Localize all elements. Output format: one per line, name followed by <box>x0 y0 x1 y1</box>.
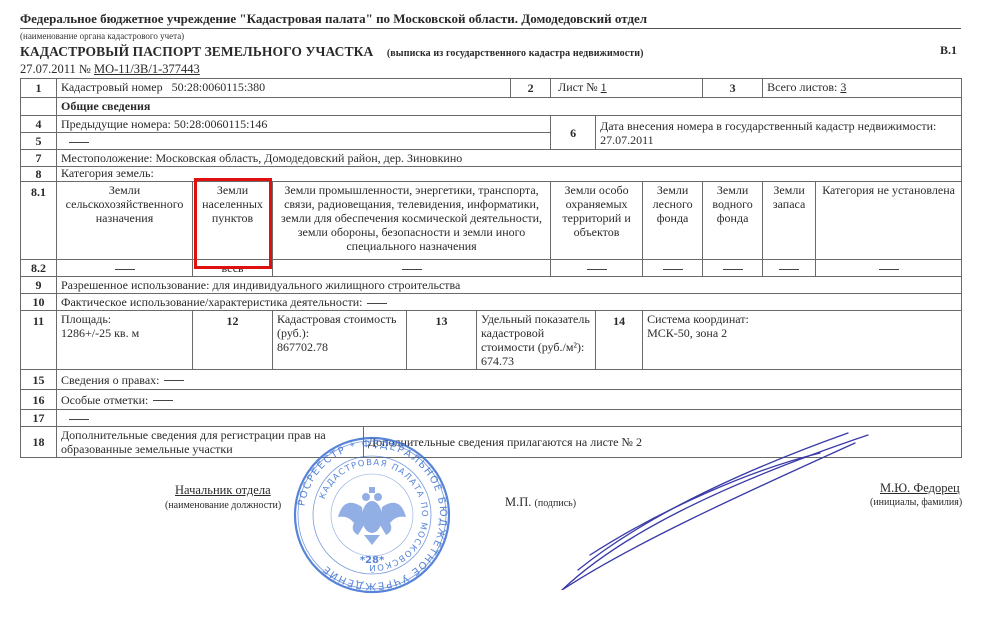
row-number: 11 <box>21 311 57 370</box>
permitted-use-cell: Разрешенное использование: для индивидуа… <box>57 277 962 294</box>
category-value-reserve <box>763 260 816 277</box>
category-value-agricultural <box>57 260 193 277</box>
category-settlements: Земли населенных пунктов <box>193 182 273 260</box>
sheet-number-value: 1 <box>601 80 607 94</box>
previous-numbers-value: 50:28:0060115:146 <box>174 117 268 131</box>
actual-use-label: Фактическое использование/характеристика… <box>61 295 362 309</box>
row-number: 17 <box>21 410 57 427</box>
registration-date-cell: Дата внесения номера в государственный к… <box>596 116 962 150</box>
total-sheets-value: 3 <box>840 80 846 94</box>
actual-use-cell: Фактическое использование/характеристика… <box>57 294 962 311</box>
unit-value-cell: Удельный показатель кадастровой стоимост… <box>477 311 596 370</box>
row-number: 2 <box>511 79 551 98</box>
row-11: 11 Площадь: 1286+/-25 кв. м 12 Кадастров… <box>21 311 962 370</box>
signature-icon <box>550 415 880 590</box>
row-16: 16 Особые отметки: <box>21 390 962 410</box>
rights-info-cell: Сведения о правах: <box>57 370 962 390</box>
seal-place-label: М.П. <box>505 495 531 509</box>
row-number: 8 <box>21 167 57 182</box>
category-value-forest <box>643 260 703 277</box>
official-stamp-icon: РОСРЕЕСТР * ФЕДЕРАЛЬНОЕ БЮДЖЕТНОЕ УЧРЕЖД… <box>292 435 452 595</box>
row-number: 10 <box>21 294 57 311</box>
position-title: Начальник отдела <box>175 483 271 498</box>
dash <box>402 269 422 270</box>
dash <box>879 269 899 270</box>
dash <box>587 269 607 270</box>
document-date: 27.07.2011 <box>20 62 76 76</box>
row-number: 15 <box>21 370 57 390</box>
row-8-1: 8.1 Земли сельскохозяйственного назначен… <box>21 182 962 260</box>
row-number: 6 <box>551 116 596 150</box>
row-number: 14 <box>596 311 643 370</box>
category-reserve: Земли запаса <box>763 182 816 260</box>
row-number: 7 <box>21 150 57 167</box>
row-number: 4 <box>21 116 57 133</box>
row-number: 3 <box>703 79 763 98</box>
row-8-2: 8.2 весь <box>21 260 962 277</box>
land-category-label: Категория земель: <box>57 167 962 182</box>
area-value: 1286+/-25 кв. м <box>61 326 188 340</box>
row-number: 13 <box>407 311 477 370</box>
row-8: 8 Категория земель: <box>21 167 962 182</box>
row-number: 16 <box>21 390 57 410</box>
document-number: МО-11/ЗВ/1-377443 <box>94 62 200 76</box>
dash <box>779 269 799 270</box>
row-9: 9 Разрешенное использование: для индивид… <box>21 277 962 294</box>
cadastral-value-cell: Кадастровая стоимость (руб.): 867702.78 <box>273 311 407 370</box>
location-label: Местоположение: <box>61 151 152 165</box>
organization-caption: (наименование органа кадастрового учета) <box>20 31 184 41</box>
signature-caption: (подпись) <box>535 498 577 509</box>
signatory-name: М.Ю. Федорец <box>880 481 960 496</box>
special-notes-label: Особые отметки: <box>61 393 148 407</box>
row-number: 5 <box>21 133 57 150</box>
cadastral-value-label: Кадастровая стоимость (руб.): <box>277 312 402 340</box>
location-value: Московская область, Домодедовский район,… <box>155 151 462 165</box>
row-4: 4 Предыдущие номера: 50:28:0060115:146 6… <box>21 116 962 133</box>
category-value-settlements: весь <box>193 260 273 277</box>
row-number: 8.2 <box>21 260 57 277</box>
unit-value-value: 674.73 <box>481 354 591 368</box>
coordinate-system-label: Система координат: <box>647 312 957 326</box>
category-value-unset <box>816 260 962 277</box>
row-number: 8.1 <box>21 182 57 260</box>
total-sheets-label: Всего листов: <box>767 80 837 94</box>
row-general: Общие сведения <box>21 98 962 116</box>
dash <box>153 400 173 401</box>
category-value-water <box>703 260 763 277</box>
coordinate-system-cell: Система координат: МСК-50, зона 2 <box>643 311 962 370</box>
general-info-heading: Общие сведения <box>57 98 962 116</box>
seal-place: М.П. (подпись) <box>505 495 576 510</box>
total-sheets-cell: Всего листов: 3 <box>763 79 962 98</box>
category-industry: Земли промышленности, энергетики, трансп… <box>273 182 551 260</box>
number-label: № <box>79 62 91 76</box>
category-forest: Земли лесного фонда <box>643 182 703 260</box>
category-agricultural: Земли сельскохозяйственного назначения <box>57 182 193 260</box>
document-title: КАДАСТРОВЫЙ ПАСПОРТ ЗЕМЕЛЬНОГО УЧАСТКА (… <box>20 44 644 60</box>
document-title-sub: (выписка из государственного кадастра не… <box>387 48 644 59</box>
row-number: 1 <box>21 79 57 98</box>
row-7: 7 Местоположение: Московская область, До… <box>21 150 962 167</box>
dash <box>663 269 683 270</box>
cadastral-value-value: 867702.78 <box>277 340 402 354</box>
registration-date-value: 27.07.2011 <box>600 133 654 147</box>
dash <box>69 142 89 143</box>
signatory-name-caption: (инициалы, фамилия) <box>870 497 962 508</box>
cadastral-passport-table: 1 Кадастровый номер 50:28:0060115:380 2 … <box>20 78 962 458</box>
dash <box>115 269 135 270</box>
document-date-number: 27.07.2011 № МО-11/ЗВ/1-377443 <box>20 62 200 77</box>
form-code: В.1 <box>940 43 957 58</box>
area-cell: Площадь: 1286+/-25 кв. м <box>57 311 193 370</box>
position-caption: (наименование должности) <box>165 500 281 511</box>
registration-date-label: Дата внесения номера в государственный к… <box>600 119 936 133</box>
row-number: 18 <box>21 427 57 458</box>
svg-text:*28*: *28* <box>360 555 385 566</box>
row-number: 9 <box>21 277 57 294</box>
organization-name: Федеральное бюджетное учреждение "Кадаст… <box>20 11 961 29</box>
area-label: Площадь: <box>61 312 188 326</box>
location-cell: Местоположение: Московская область, Домо… <box>57 150 962 167</box>
row-1: 1 Кадастровый номер 50:28:0060115:380 2 … <box>21 79 962 98</box>
category-protected: Земли особо охраняемых территорий и объе… <box>551 182 643 260</box>
dash <box>723 269 743 270</box>
rights-info-label: Сведения о правах: <box>61 373 159 387</box>
sheet-number-label: Лист № <box>558 80 598 94</box>
row-10: 10 Фактическое использование/характерист… <box>21 294 962 311</box>
category-value-protected <box>551 260 643 277</box>
category-unset: Категория не установлена <box>816 182 962 260</box>
row-number: 12 <box>193 311 273 370</box>
row-15: 15 Сведения о правах: <box>21 370 962 390</box>
unit-value-label: Удельный показатель кадастровой стоимост… <box>481 312 591 354</box>
category-water: Земли водного фонда <box>703 182 763 260</box>
cadastral-number-value: 50:28:0060115:380 <box>172 80 266 94</box>
dash <box>164 380 184 381</box>
document-title-main: КАДАСТРОВЫЙ ПАСПОРТ ЗЕМЕЛЬНОГО УЧАСТКА <box>20 44 373 59</box>
coordinate-system-value: МСК-50, зона 2 <box>647 326 957 340</box>
cadastral-number-label: Кадастровый номер <box>61 80 163 94</box>
special-notes-cell: Особые отметки: <box>57 390 962 410</box>
sheet-number-cell: Лист № 1 <box>551 79 703 98</box>
dash <box>69 419 89 420</box>
previous-numbers-cell: Предыдущие номера: 50:28:0060115:146 <box>57 116 551 133</box>
category-value-industry <box>273 260 551 277</box>
dash <box>367 303 387 304</box>
permitted-use-value: для индивидуального жилищного строительс… <box>212 278 460 292</box>
row-5-value <box>57 133 551 150</box>
cadastral-number-cell: Кадастровый номер 50:28:0060115:380 <box>57 79 511 98</box>
previous-numbers-label: Предыдущие номера: <box>61 117 171 131</box>
permitted-use-label: Разрешенное использование: <box>61 278 209 292</box>
